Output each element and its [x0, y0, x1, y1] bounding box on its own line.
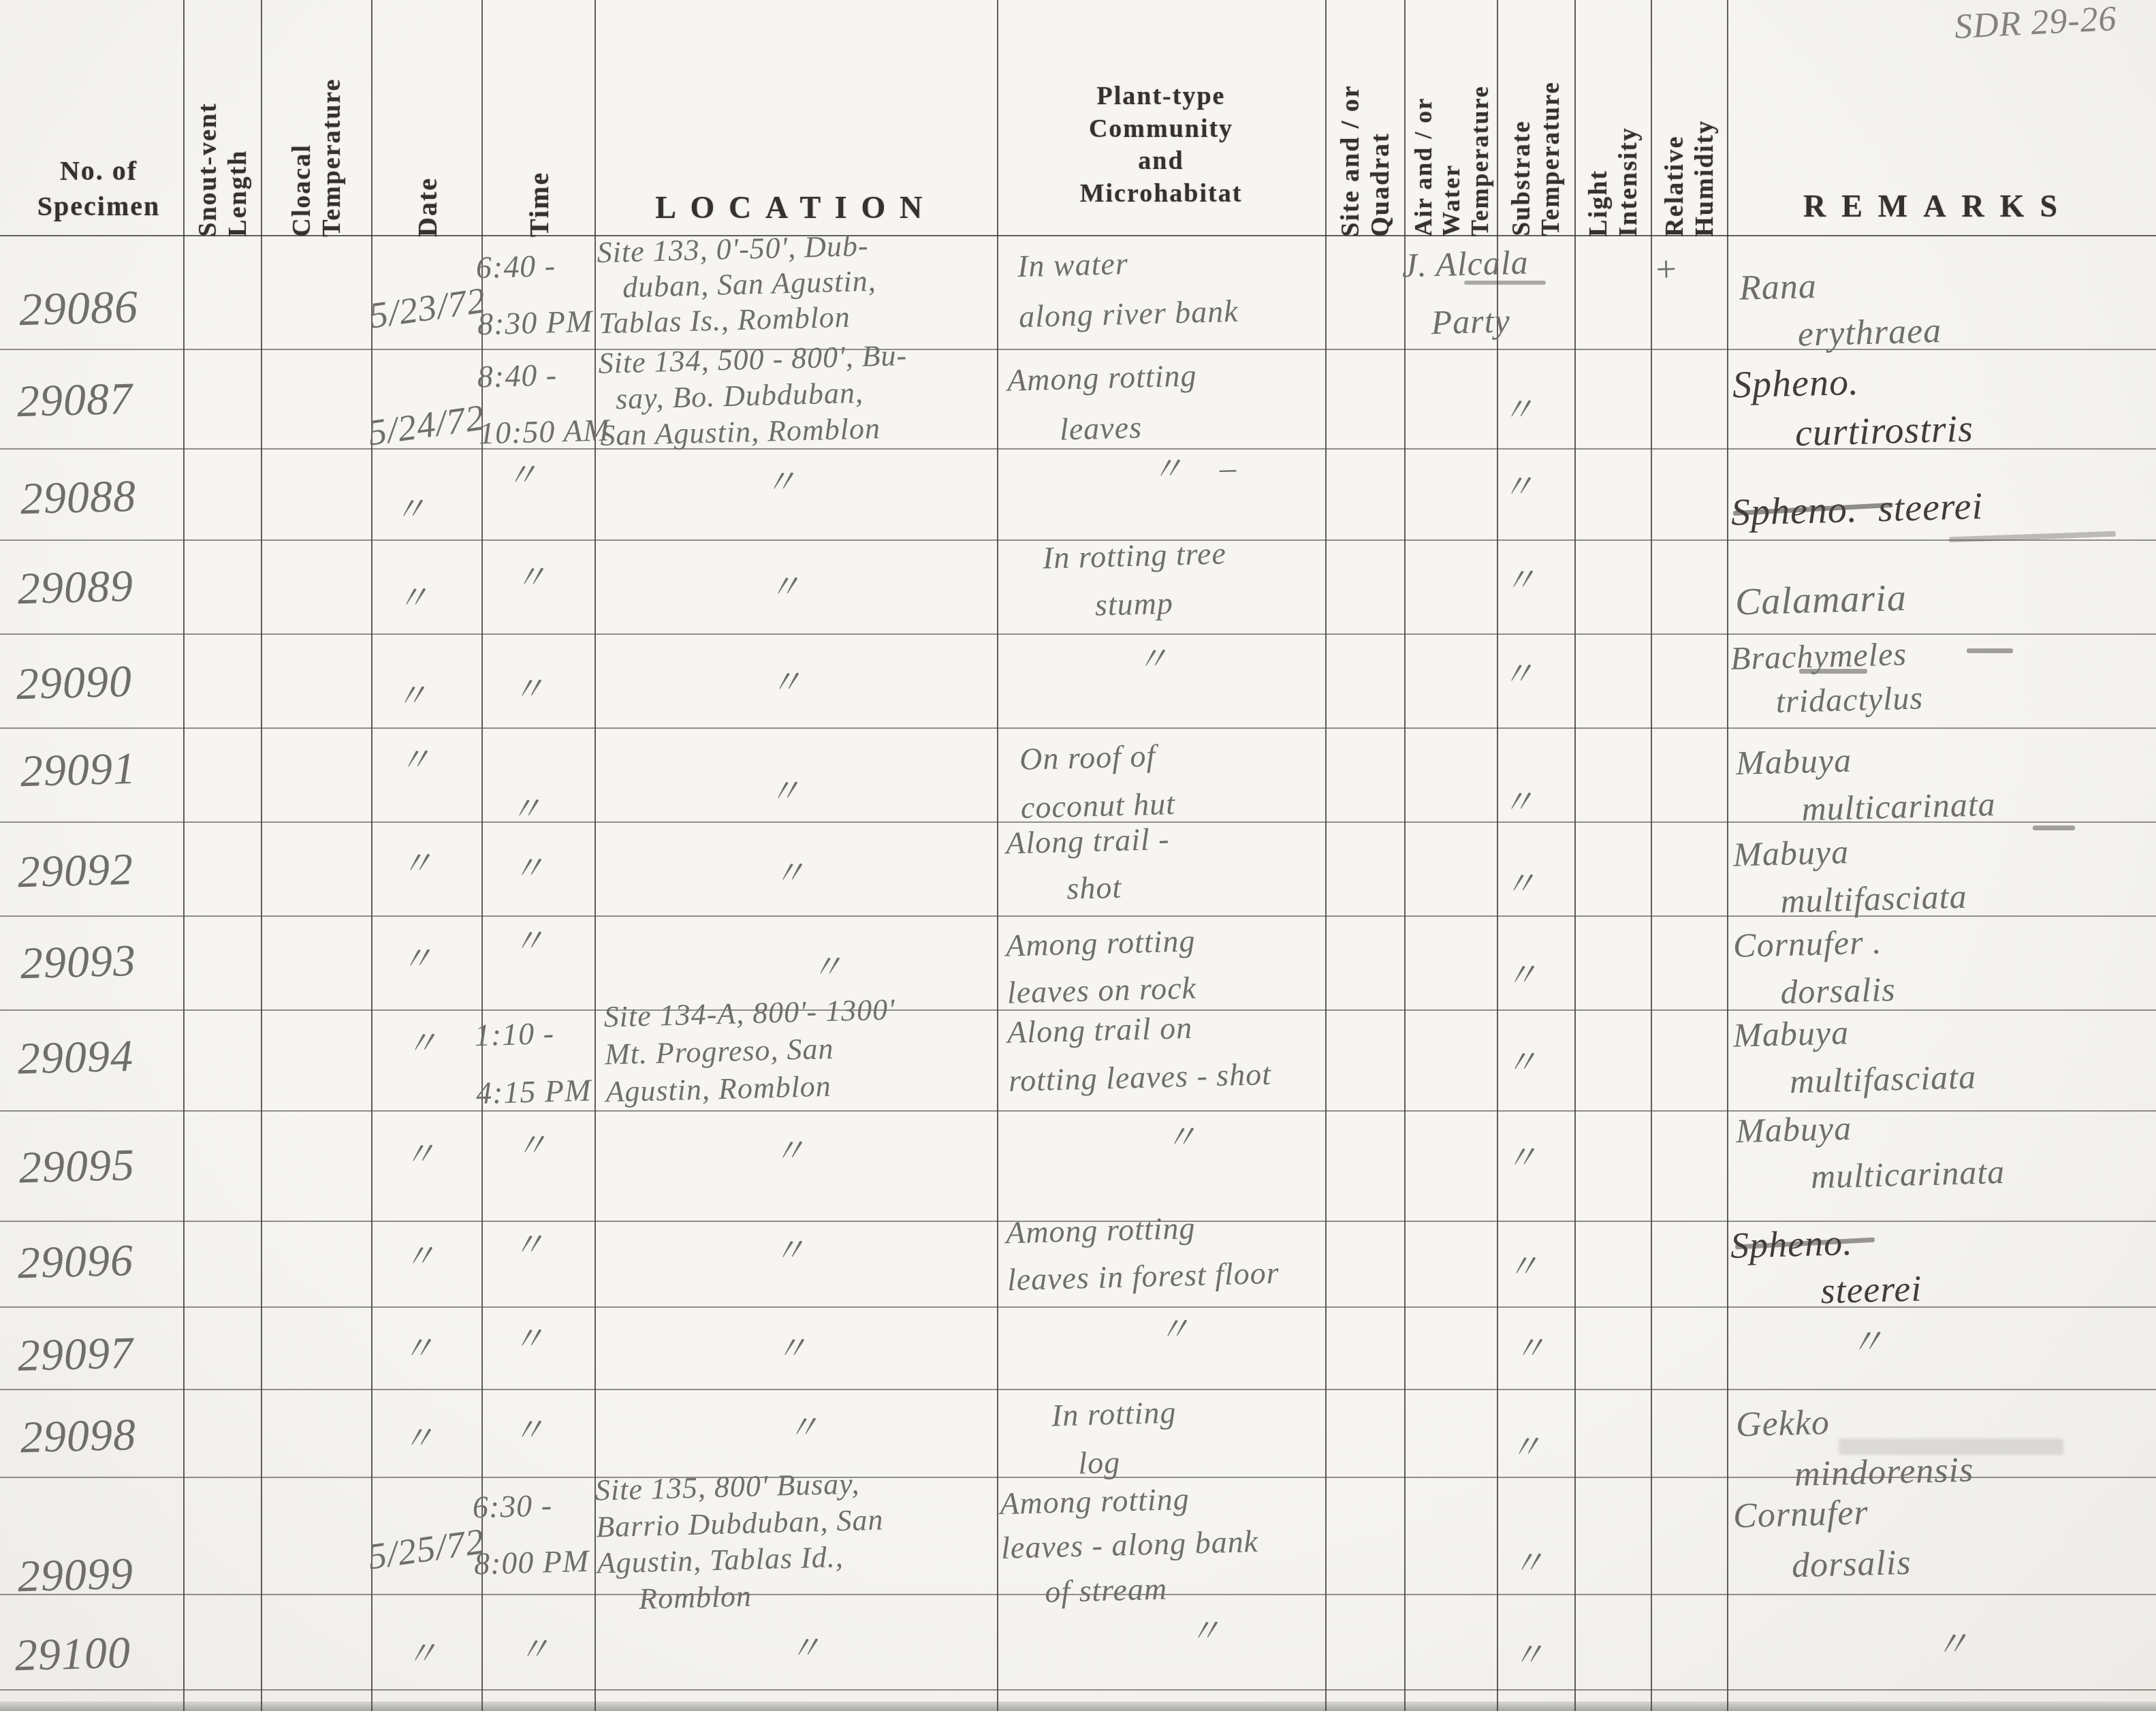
cell-substrate-temp: 〃 [1501, 389, 1536, 433]
cell-time: 〃 [505, 454, 539, 498]
cell-microhabitat: 〃 [1157, 1308, 1192, 1352]
column-header-date: Date [412, 12, 443, 240]
cell-location: 〃 [772, 1130, 807, 1174]
grid-line-vertical [1727, 0, 1728, 1711]
grid-line-vertical [371, 0, 372, 1711]
column-header-location: LOCATION [595, 189, 997, 225]
cell-substrate-temp: 〃 [1501, 653, 1536, 697]
cell-location: 〃 [772, 852, 807, 896]
column-header-snout-vent: Snout-vent Length [193, 12, 253, 240]
cell-remarks: Cornufer dorsalis [1732, 1486, 1912, 1594]
cell-location: 〃 [786, 1407, 821, 1450]
cell-specimen: 29095 [18, 1136, 136, 1197]
cell-location: 〃 [774, 1328, 809, 1371]
cell-specimen: 29086 [18, 277, 139, 340]
cell-date: 〃 [405, 1022, 439, 1066]
grid-line-vertical [1574, 0, 1576, 1711]
cell-specimen: 29089 [17, 557, 134, 618]
cell-remarks: Mabuya multicarinata [1735, 732, 1996, 834]
cell-microhabitat: In rotting log [1051, 1388, 1178, 1488]
cell-time: 〃 [511, 1224, 546, 1268]
cell-remarks: Rana erythraea [1739, 260, 1942, 360]
grid-line-vertical [1651, 0, 1652, 1711]
cell-time: 〃 [511, 920, 546, 964]
cell-time: 〃 [511, 847, 546, 891]
cell-time: 〃 [511, 1318, 546, 1362]
grid-line-vertical [595, 0, 596, 1711]
grid-line-vertical [1325, 0, 1327, 1711]
cell-substrate-temp: 〃 [1504, 1137, 1539, 1180]
cell-specimen: 29093 [20, 932, 137, 993]
cell-date: 〃 [401, 1417, 436, 1461]
cell-microhabitat: 〃 [1188, 1610, 1222, 1654]
page-bottom-edge [0, 1701, 2156, 1711]
cell-microhabitat: Among rotting leaves [1006, 350, 1199, 455]
column-header-cloacal-temp: Cloacal Temperature [287, 12, 347, 240]
grid-line-horizontal [0, 727, 2156, 729]
cell-microhabitat: 〃 [1164, 1116, 1199, 1160]
cell-date: 〃 [396, 577, 430, 621]
field-data-sheet: No. of Specimen Snout-vent Length Cloaca… [0, 0, 2156, 1711]
cell-date: 〃 [398, 739, 432, 783]
cell-date: 5/23/72 [366, 278, 488, 338]
cell-location: Site 134-A, 800'- 1300' Mt. Progreso, Sa… [603, 990, 898, 1110]
cell-remarks: Brachymeles tridactylus [1730, 632, 1924, 725]
cell-date: 〃 [402, 1236, 437, 1279]
cell-substrate-temp: 〃 [1503, 863, 1538, 907]
column-header-time: Time [524, 12, 555, 240]
cell-time: 6:30 - 8:00 PM [472, 1477, 590, 1592]
cell-remarks: Spheno. curtirostris [1732, 354, 1974, 460]
grid-line-horizontal [0, 1689, 2156, 1691]
cell-date: 〃 [405, 1633, 439, 1676]
cell-specimen: 29096 [17, 1231, 134, 1293]
cell-time: 〃 [511, 668, 546, 712]
cell-substrate-temp: 〃 [1504, 1041, 1539, 1085]
cell-microhabitat: Among rotting leaves in forest floor [1005, 1202, 1280, 1303]
cell-microhabitat: Among rotting leaves - along bank of str… [1000, 1475, 1261, 1615]
cell-specimen: 29090 [16, 653, 133, 714]
cell-microhabitat: Along trail on rotting leaves - shot [1006, 1001, 1272, 1105]
cell-specimen: 29094 [17, 1027, 134, 1088]
cell-substrate-temp: 〃 [1511, 1542, 1546, 1586]
cell-remarks: Calamaria [1734, 574, 1907, 627]
cell-specimen: 29091 [20, 740, 137, 801]
column-header-specimen-no: No. of Specimen [14, 153, 184, 224]
cell-remarks: Cornufer . dorsalis [1732, 917, 1896, 1017]
cell-microhabitat: In rotting tree stump [1042, 529, 1228, 631]
cell-air-water-temp: J. Alcala Party [1401, 234, 1531, 353]
cell-time: 〃 [513, 556, 548, 600]
underline-dash [2033, 826, 2075, 830]
cell-substrate-temp: 〃 [1501, 466, 1536, 509]
cell-microhabitat: 〃 – [1150, 447, 1237, 492]
column-header-microhabitat: Plant-type Community and Microhabitat [997, 80, 1325, 210]
cell-date: 5/24/72 [365, 395, 487, 455]
cell-date: 〃 [401, 1328, 436, 1371]
cell-specimen: 29087 [16, 370, 133, 431]
cell-microhabitat: In water along river bank [1017, 236, 1239, 342]
cell-substrate-temp: 〃 [1512, 1328, 1547, 1371]
cell-time: 〃 [517, 1629, 552, 1672]
cell-location: 〃 [772, 1229, 807, 1273]
cell-specimen: 29098 [20, 1406, 137, 1467]
cell-location: 〃 [763, 461, 798, 505]
page-number-note: SDR 29-26 [1954, 0, 2118, 47]
cell-time: 6:40 - 8:30 PM [475, 237, 594, 353]
cell-substrate-temp: 〃 [1504, 954, 1539, 998]
cell-microhabitat: Among rotting leaves on rock [1005, 917, 1197, 1016]
cell-remarks: Mabuya multifasciata [1732, 1005, 1977, 1106]
cell-remarks: Mabuya multicarinata [1735, 1100, 2006, 1202]
cell-location: 〃 [767, 770, 802, 814]
column-header-substrate-temp: Substrate Temperature [1508, 12, 1566, 239]
cell-remarks: Spheno. steerei [1730, 482, 1984, 537]
column-header-light-intensity: Light Intensity [1584, 12, 1643, 240]
cell-time: 8:40 - 10:50 AM [477, 346, 611, 462]
grid-line-vertical [997, 0, 998, 1711]
grid-line-vertical [183, 0, 185, 1711]
cell-time: 〃 [514, 1125, 549, 1168]
cell-microhabitat: 〃 [1135, 638, 1170, 682]
cell-remarks: Mabuya multifasciata [1732, 825, 1967, 926]
cell-location: 〃 [769, 661, 804, 705]
cell-location: Site 135, 800' Busay, Barrio Dubduban, S… [595, 1465, 886, 1619]
cell-time: 〃 [511, 1409, 546, 1453]
grid-line-vertical [261, 0, 262, 1711]
cell-specimen: 29100 [14, 1624, 131, 1685]
column-header-air-water-temp: Air and / or Water Temperature [1410, 12, 1494, 239]
cell-location: Site 133, 0'-50', Dub- duban, San Agusti… [597, 228, 878, 341]
cell-substrate-temp: 〃 [1508, 1426, 1543, 1470]
cell-specimen: 29092 [17, 841, 134, 902]
cell-microhabitat: Along trail - shot [1005, 815, 1171, 913]
cell-location: Site 134, 500 - 800', Bu- say, Bo. Dubdu… [598, 338, 910, 454]
cell-location: 〃 [810, 946, 844, 990]
cell-specimen: 29099 [17, 1545, 134, 1606]
cell-date: 〃 [394, 675, 429, 719]
column-header-remarks: REMARKS [1727, 188, 2149, 224]
cell-date: 5/25/72 [365, 1519, 487, 1579]
cell-date: 〃 [400, 938, 434, 982]
cell-substrate-temp: 〃 [1501, 781, 1536, 825]
grid-line-header-bottom [0, 235, 2156, 236]
cell-remarks: 〃 [1848, 1319, 1886, 1366]
cell-substrate-temp: 〃 [1503, 559, 1538, 603]
cell-location: 〃 [788, 1627, 823, 1671]
cell-location: 〃 [767, 566, 802, 610]
cell-date: 〃 [393, 488, 428, 532]
cell-substrate-temp: 〃 [1511, 1634, 1546, 1678]
cell-time: 1:10 - 4:15 PM [474, 1003, 592, 1123]
underline-dash [1967, 648, 2013, 653]
cell-date: 〃 [402, 1133, 437, 1177]
cell-time: 〃 [509, 788, 543, 832]
column-header-site-quadrat: Site and / or Quadrat [1336, 12, 1395, 240]
cell-specimen: 29088 [20, 467, 137, 529]
cell-relative-humidity: + [1653, 245, 1679, 294]
cell-specimen: 29097 [17, 1324, 134, 1385]
cell-substrate-temp: 〃 [1506, 1246, 1540, 1289]
column-header-relative-humidity: Relative Humidity [1660, 12, 1719, 240]
cell-remarks: Gekko mindorensis [1735, 1393, 1974, 1502]
cell-date: 〃 [400, 843, 434, 886]
cell-remarks: Spheno. steerei [1730, 1216, 1922, 1317]
cell-remarks: 〃 [1933, 1622, 1971, 1669]
